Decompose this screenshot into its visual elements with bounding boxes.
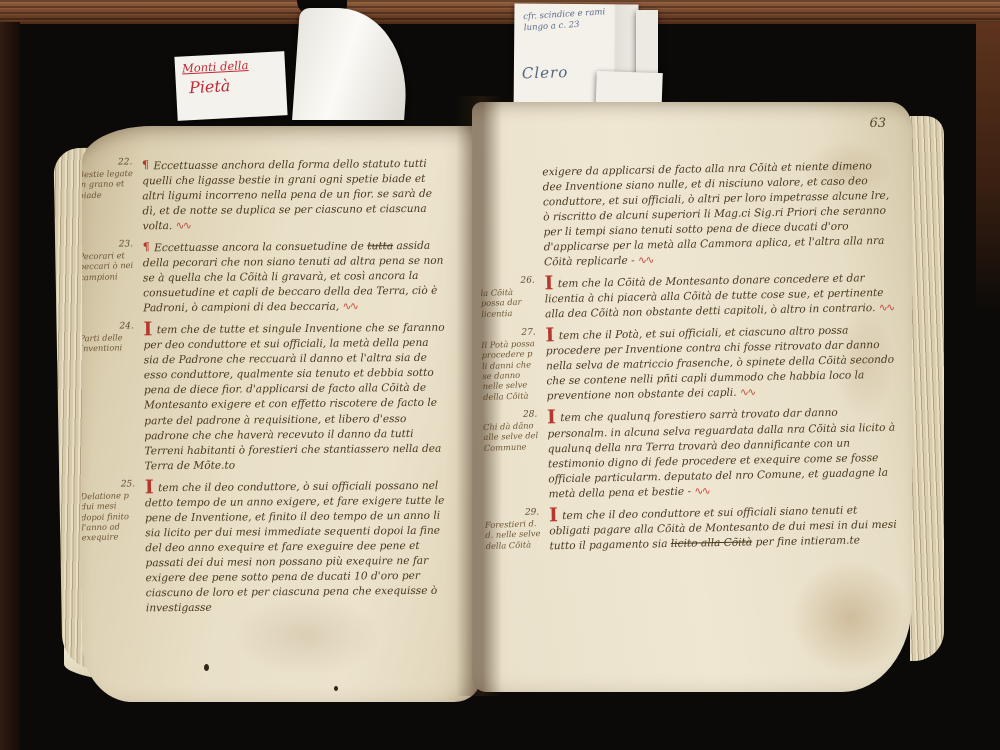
wood-shelf-top: [0, 0, 1000, 24]
folio-number: 63: [869, 116, 886, 131]
photo-frame: Monti della Pietà cfr. scindice e rami l…: [0, 0, 1000, 750]
manuscript-section: Parti delle Inventioni 24. I tem che de …: [143, 321, 446, 474]
section-number: 23.: [119, 239, 133, 252]
section-text: tem che il deo conduttore, ò sui officia…: [145, 479, 444, 614]
note-line2: lungo a c. 23: [524, 20, 580, 33]
section-number: 22.: [118, 156, 132, 169]
section-number: 27.: [521, 327, 536, 340]
margin-note: la Cõità possa dar licentia: [480, 286, 537, 319]
red-flourish: ∿∿: [176, 220, 191, 232]
red-flourish: ∿∿: [879, 302, 894, 314]
wood-edge-left: [0, 22, 20, 750]
red-initial: I: [547, 407, 557, 429]
wood-edge-right: [976, 22, 1000, 312]
red-flourish: ∿∿: [638, 254, 653, 266]
manuscript-section: Forestieri d. d. nelle selve della Cõità…: [549, 502, 900, 554]
tab-monti-line1: Monti della: [182, 56, 286, 75]
section-text: Eccettuasse ancora la consuetudine de: [154, 241, 367, 255]
section-number: 25.: [121, 478, 135, 491]
margin-note: Pecorari et beccari ò nei campioni: [82, 250, 135, 283]
red-paragraph-mark: ¶: [142, 158, 150, 171]
margin-note: Delatione p dui mesi dopoi finito l'anno…: [82, 490, 138, 543]
margin-note: Forestieri d. d. nelle selve della Cõità: [485, 518, 542, 551]
section-text: tem che qualunq forestiero sarrà trovato…: [547, 407, 895, 500]
red-flourish: ∿∿: [343, 301, 358, 313]
margin-note: Chi dà dãno alle selve del Commune: [483, 420, 540, 453]
section-text: tem che la Cõità de Montesanto donare co…: [545, 272, 884, 320]
manuscript-book: Bestie legate in grano et biade 22. ¶ Ec…: [52, 90, 952, 750]
manuscript-section: Delatione p dui mesi dopoi finito l'anno…: [145, 478, 448, 616]
margin-note: Bestie legate in grano et biade: [82, 168, 135, 201]
section-number: 26.: [520, 275, 535, 288]
right-page: 63 exigere da applicarsi de facto alla n…: [472, 102, 912, 692]
manuscript-section: Il Potà possa procedere p li danni che s…: [545, 323, 896, 405]
struck-text: licito alla Cõità: [671, 536, 753, 550]
manuscript-section: la Cõità possa dar licentia 26. I tem ch…: [544, 271, 895, 323]
red-initial: I: [143, 319, 153, 341]
section-text: exigere da applicarsi de facto alla nra …: [542, 160, 889, 268]
margin-note: Il Potà possa procedere p li danni che s…: [481, 338, 539, 402]
manuscript-section: exigere da applicarsi de facto alla nra …: [542, 159, 894, 271]
struck-text: tutta: [367, 240, 393, 252]
left-page: Bestie legate in grano et biade 22. ¶ Ec…: [82, 126, 480, 702]
section-number: 29.: [525, 506, 540, 519]
note-card-text: cfr. scindice e rami lungo a c. 23: [514, 0, 639, 35]
stain: [790, 560, 910, 675]
tab-clero-label: Clero: [522, 63, 569, 82]
red-initial: I: [549, 504, 559, 526]
section-text: per fine intieram.te: [752, 534, 860, 548]
manuscript-section: Chi dà dãno alle selve del Commune 28. I…: [547, 405, 899, 502]
red-flourish: ∿∿: [694, 485, 709, 497]
section-text: tem che il Potà, et sui officiali, et ci…: [546, 325, 895, 403]
left-page-text: Bestie legate in grano et biade 22. ¶ Ec…: [142, 157, 448, 624]
manuscript-section: Pecorari et beccari ò nei campioni 23. ¶…: [143, 239, 446, 317]
page-stack-right: [910, 116, 944, 661]
red-initial: I: [545, 324, 555, 346]
red-initial: I: [544, 272, 554, 294]
ink-speck: [204, 664, 209, 671]
red-paragraph-mark: ¶: [143, 240, 151, 253]
margin-note: Parti delle Inventioni: [82, 332, 136, 354]
red-initial: I: [145, 476, 155, 498]
manuscript-section: Bestie legate in grano et biade 22. ¶ Ec…: [142, 157, 445, 235]
right-page-text: exigere da applicarsi de facto alla nra …: [542, 159, 900, 561]
section-text: tem che de tutte et singule Inventione c…: [144, 322, 445, 472]
red-flourish: ∿∿: [740, 387, 755, 399]
section-number: 28.: [523, 409, 538, 422]
ink-speck: [334, 686, 338, 691]
section-number: 24.: [119, 321, 133, 334]
